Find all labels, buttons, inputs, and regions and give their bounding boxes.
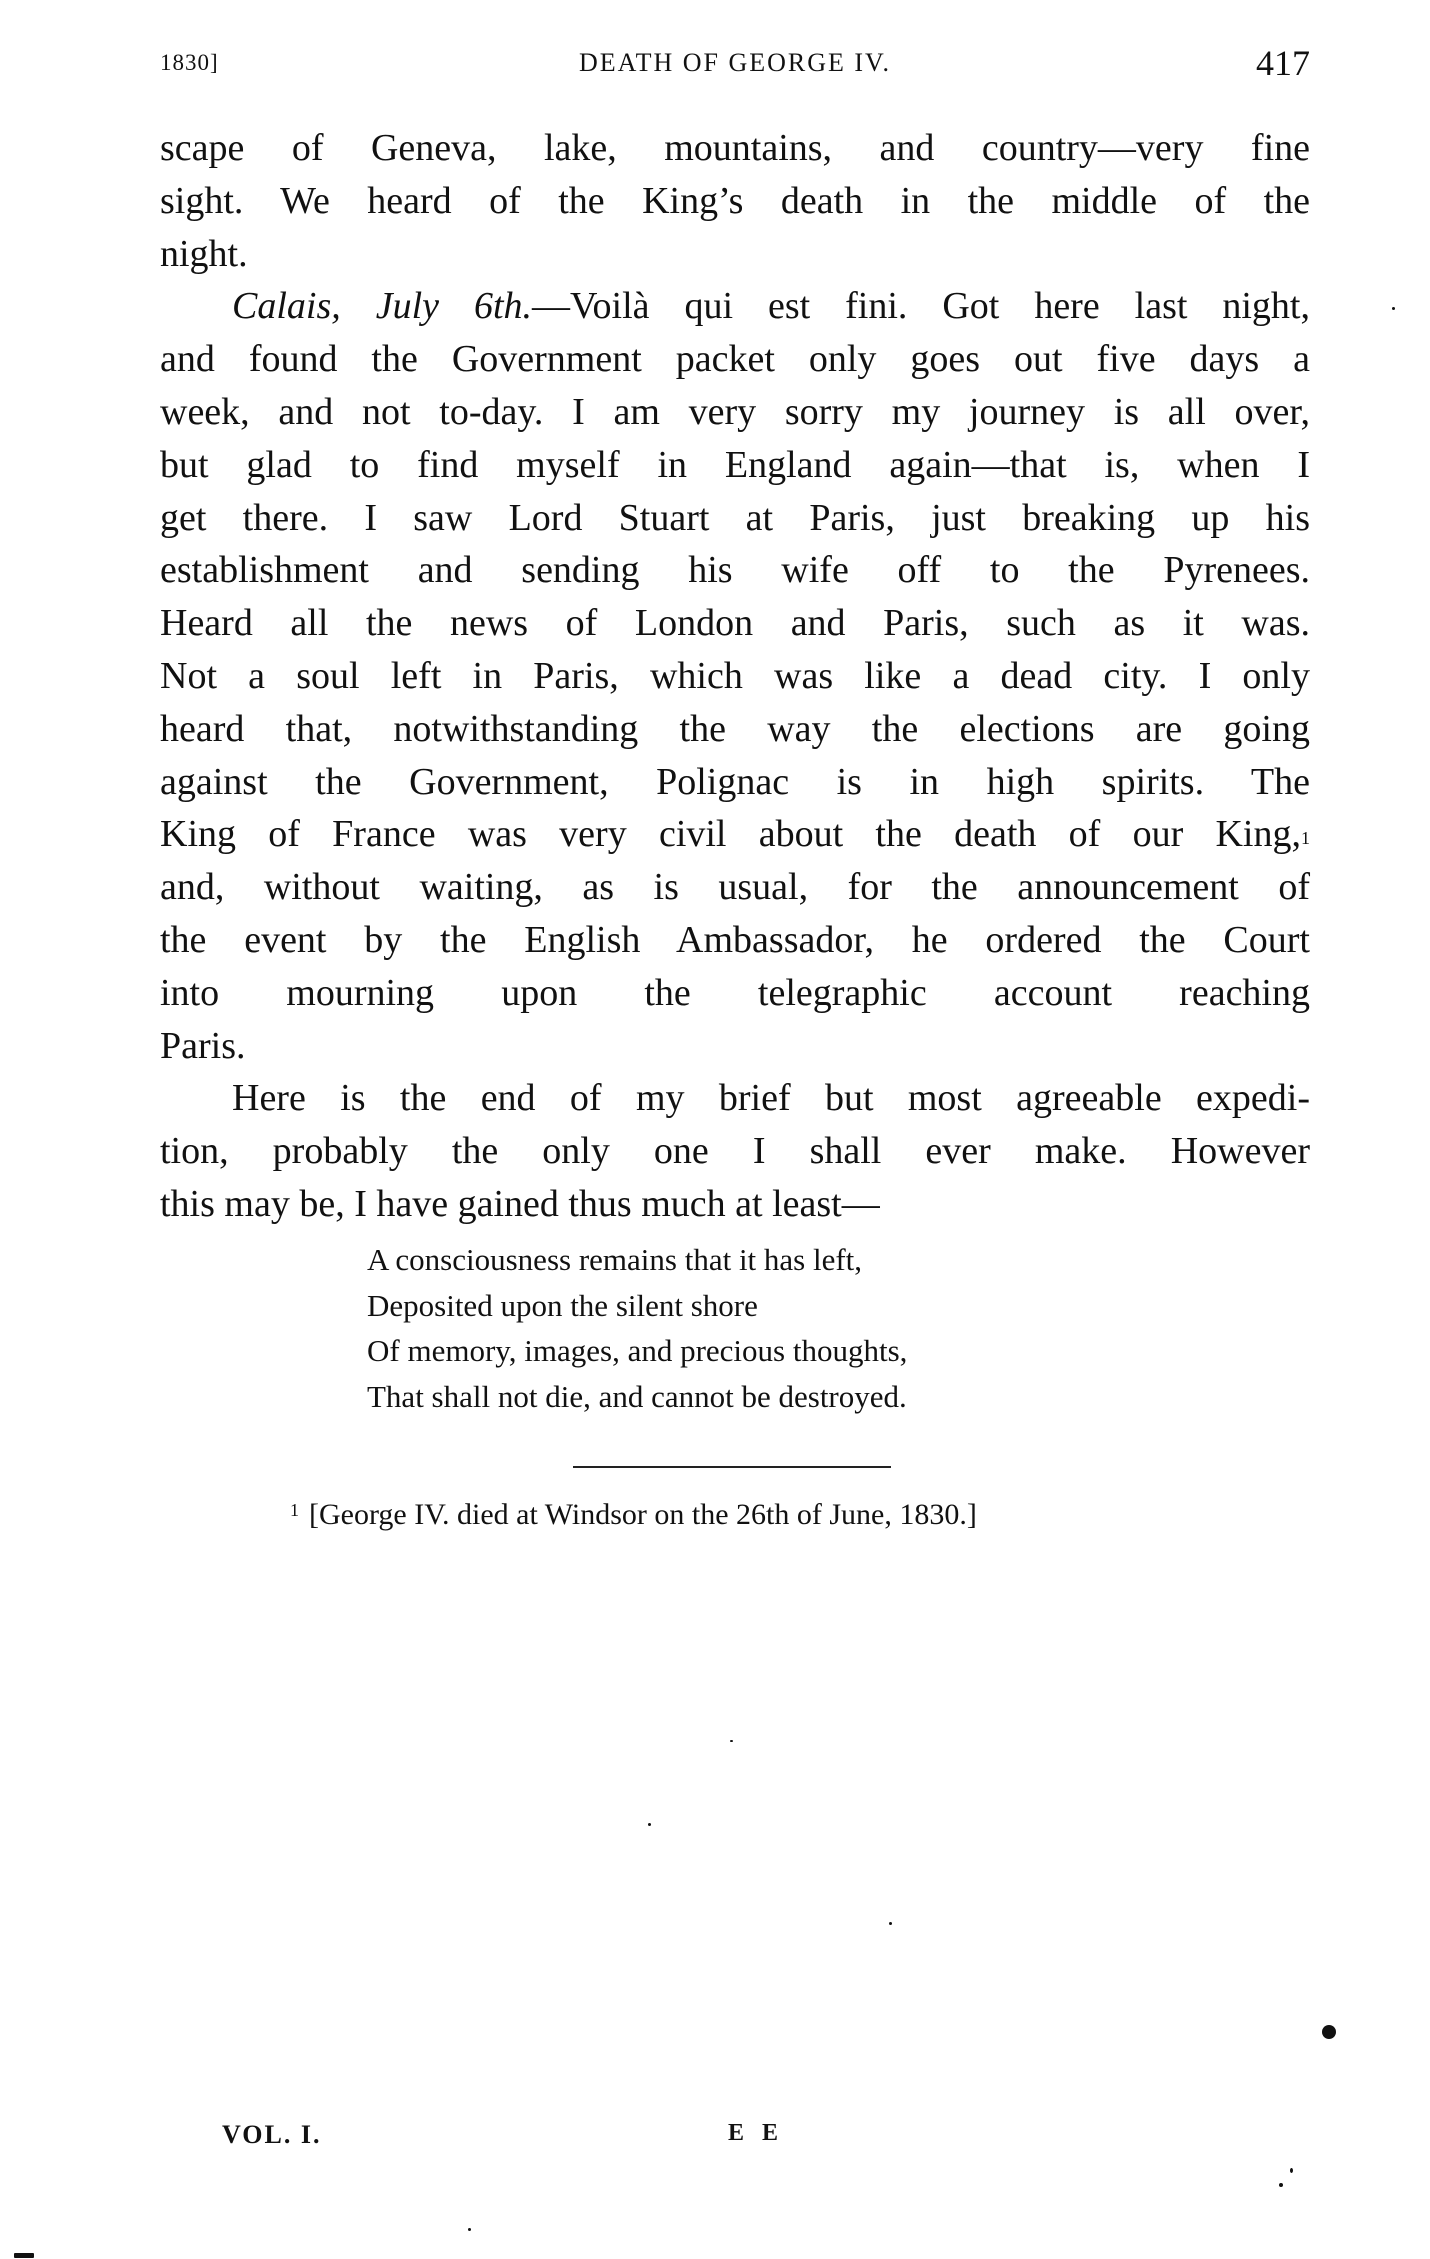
body-line-rest: —Voilà qui est fini. Got here last night… bbox=[532, 285, 1310, 327]
footnote-mark: 1 bbox=[290, 1500, 299, 1520]
body-text: scape of Geneva, lake, mountains, and co… bbox=[160, 122, 1310, 1231]
body-line: this may be, I have gained thus much at … bbox=[160, 1178, 1310, 1231]
footnote: 1[George IV. died at Windsor on the 26th… bbox=[290, 1498, 977, 1532]
poem-line: That shall not die, and cannot be destro… bbox=[367, 1374, 907, 1420]
body-line: Here is the end of my brief but most agr… bbox=[160, 1072, 1310, 1125]
body-line: establishment and sending his wife off t… bbox=[160, 544, 1310, 597]
body-line: the event by the English Ambassador, he … bbox=[160, 914, 1310, 967]
page-number: 417 bbox=[1256, 42, 1310, 84]
body-line: tion, probably the only one I shall ever… bbox=[160, 1125, 1310, 1178]
body-line: Not a soul left in Paris, which was like… bbox=[160, 650, 1310, 703]
body-line: night. bbox=[160, 228, 1310, 281]
signature-volume: VOL. I. bbox=[222, 2120, 321, 2150]
scan-speck bbox=[648, 1823, 651, 1826]
scan-speck bbox=[1392, 307, 1395, 310]
dateline: Calais, July 6th. bbox=[232, 285, 532, 327]
signature-mark: E E bbox=[728, 2120, 784, 2147]
body-line-text: King of France was very civil about the … bbox=[160, 813, 1301, 855]
footnote-text: [George IV. died at Windsor on the 26th … bbox=[309, 1498, 977, 1531]
poem-line: A consciousness remains that it has left… bbox=[367, 1237, 907, 1283]
footnote-divider bbox=[573, 1466, 891, 1468]
body-line: and found the Government packet only goe… bbox=[160, 333, 1310, 386]
poem-line: Deposited upon the silent shore bbox=[367, 1283, 907, 1329]
scan-speck bbox=[1279, 2183, 1283, 2187]
scan-speck bbox=[14, 2253, 34, 2258]
body-line: but glad to find myself in England again… bbox=[160, 439, 1310, 492]
body-line: into mourning upon the telegraphic accou… bbox=[160, 967, 1310, 1020]
body-line-dateline: Calais, July 6th.—Voilà qui est fini. Go… bbox=[160, 280, 1310, 333]
running-head-title: DEATH OF GEORGE IV. bbox=[160, 48, 1310, 78]
body-line: and, without waiting, as is usual, for t… bbox=[160, 861, 1310, 914]
body-line: get there. I saw Lord Stuart at Paris, j… bbox=[160, 492, 1310, 545]
running-head: 1830] DEATH OF GEORGE IV. 417 bbox=[160, 42, 1310, 92]
scan-speck bbox=[468, 2228, 471, 2231]
poem-quotation: A consciousness remains that it has left… bbox=[367, 1237, 907, 1419]
body-line: sight. We heard of the King’s death in t… bbox=[160, 175, 1310, 228]
body-line: against the Government, Polignac is in h… bbox=[160, 756, 1310, 809]
body-line: Heard all the news of London and Paris, … bbox=[160, 597, 1310, 650]
footnote-reference[interactable]: 1 bbox=[1301, 828, 1310, 848]
scan-speck bbox=[1290, 2168, 1293, 2173]
body-line: Paris. bbox=[160, 1020, 1310, 1073]
body-line: heard that, notwithstanding the way the … bbox=[160, 703, 1310, 756]
scan-speck bbox=[889, 1922, 892, 1925]
poem-line: Of memory, images, and precious thoughts… bbox=[367, 1328, 907, 1374]
body-line: scape of Geneva, lake, mountains, and co… bbox=[160, 122, 1310, 175]
scan-speck bbox=[730, 1740, 733, 1742]
body-line-with-footnote: King of France was very civil about the … bbox=[160, 808, 1310, 861]
scan-speck bbox=[1322, 2025, 1336, 2039]
body-line: week, and not to-day. I am very sorry my… bbox=[160, 386, 1310, 439]
